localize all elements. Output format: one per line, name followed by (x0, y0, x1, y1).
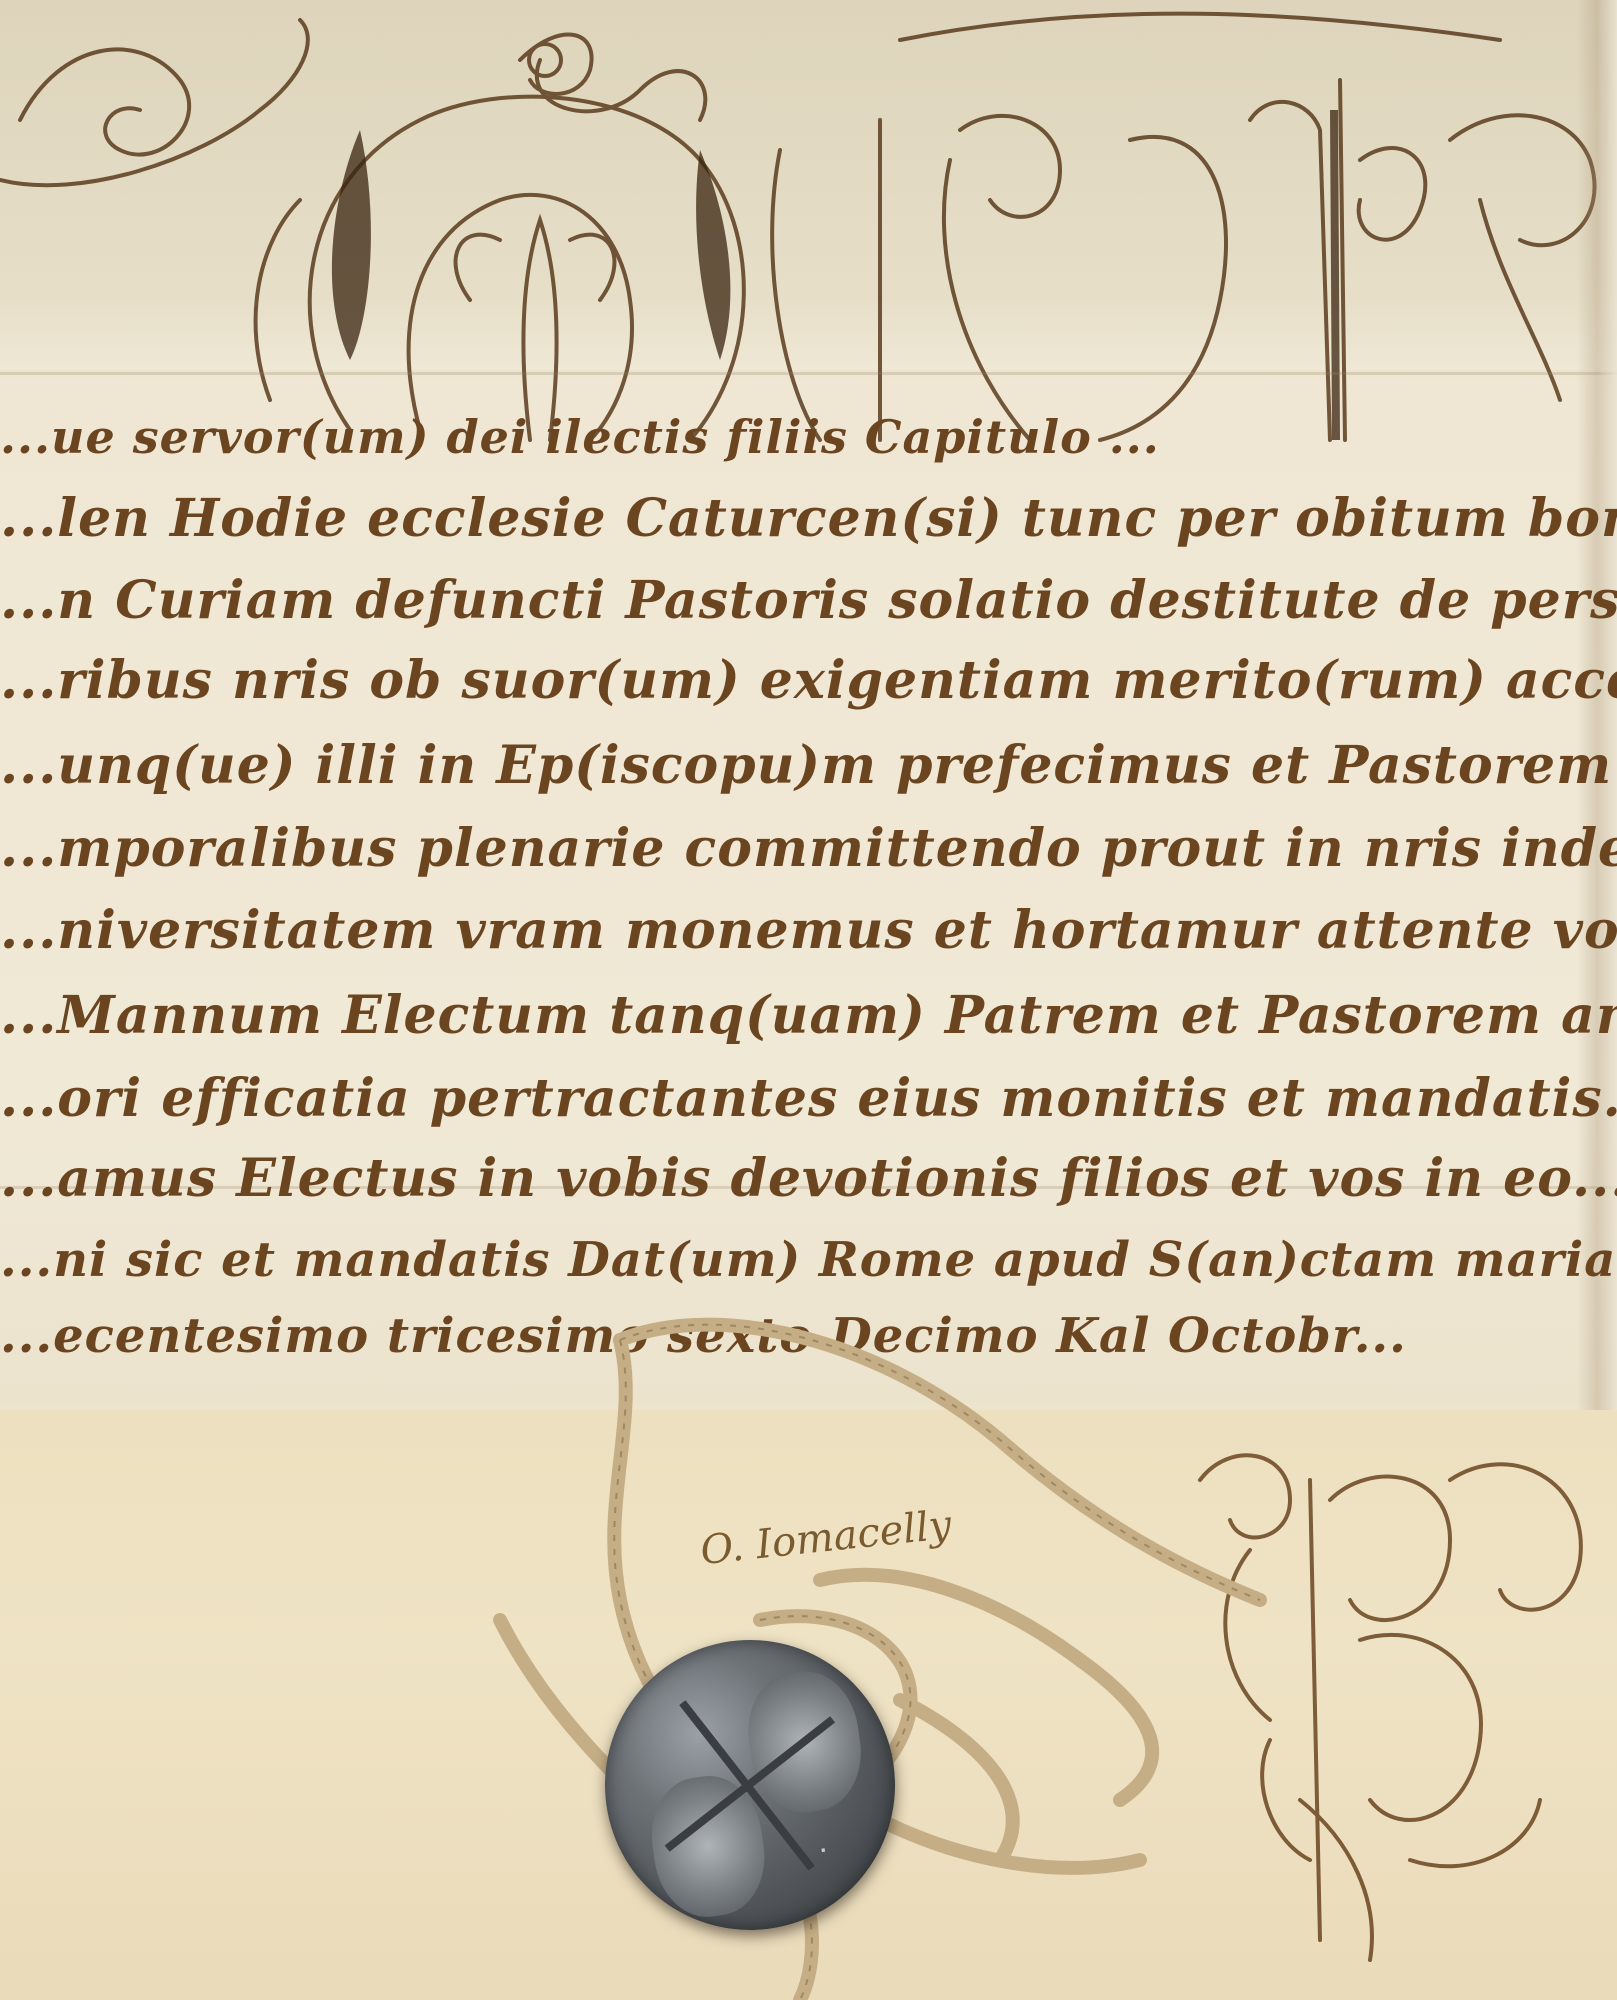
manuscript-document: ...ue servor(um) dei ilectis filiis Capi… (0, 0, 1617, 2000)
seal-inscription-letter: · (818, 1840, 828, 1862)
